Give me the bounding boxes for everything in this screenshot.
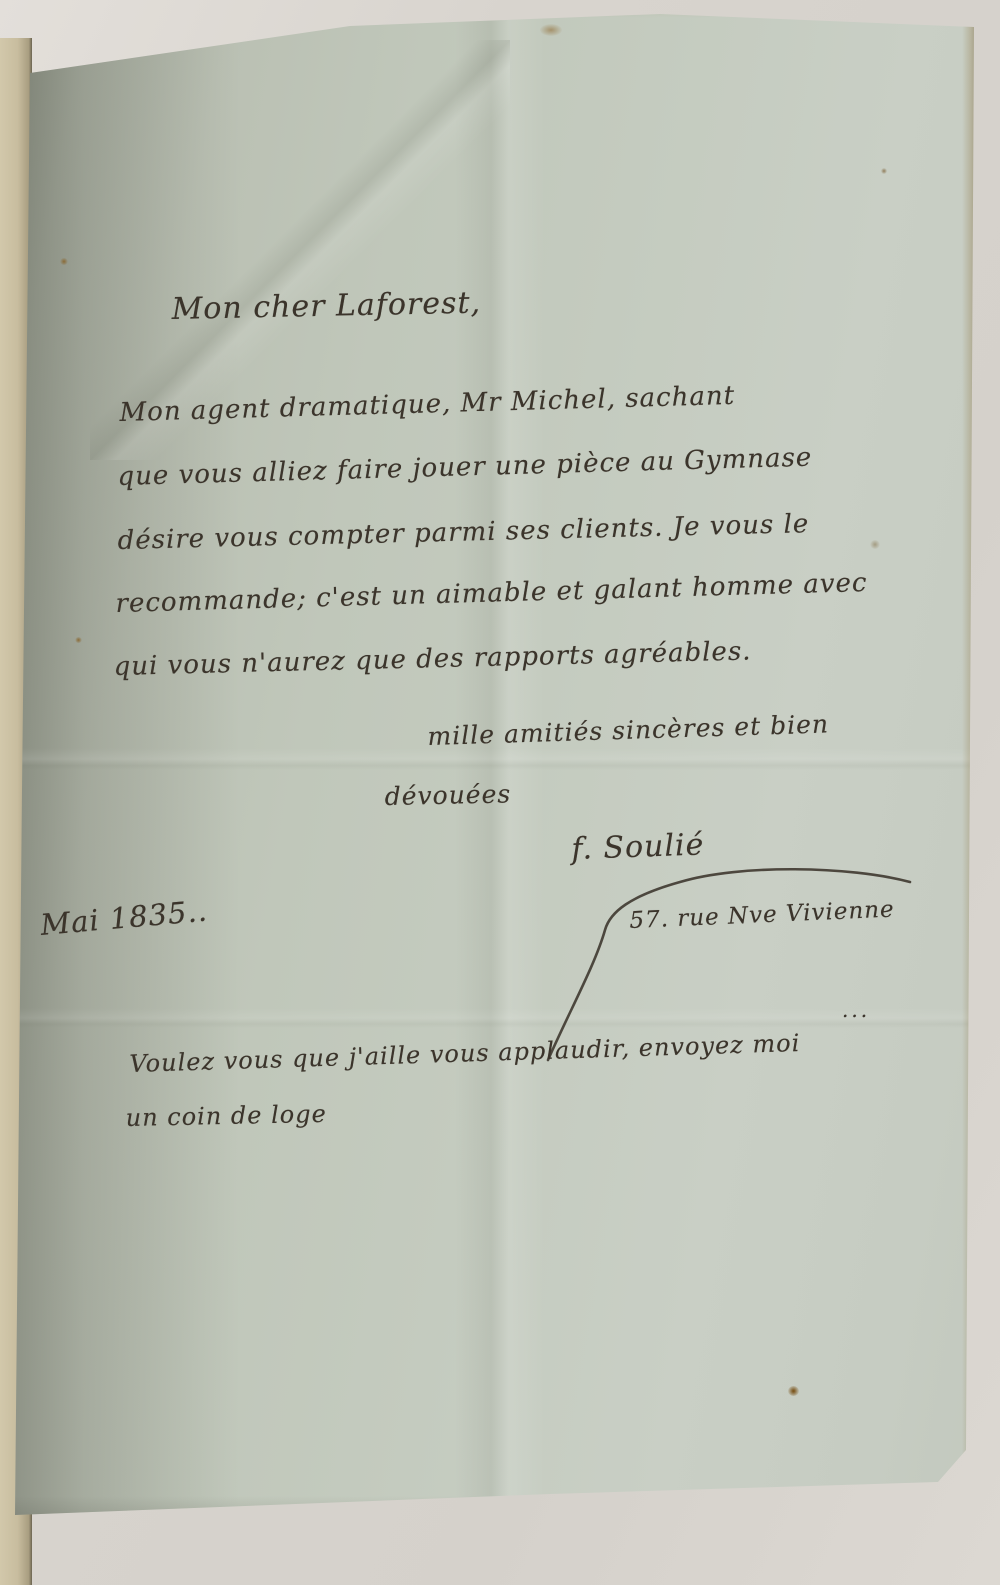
closing-line-2: dévouées: [384, 779, 511, 811]
paper-crease: [0, 748, 1000, 770]
foxing-spot: [881, 168, 887, 174]
foxing-spot: [788, 1386, 799, 1396]
letter-page: Mon cher Laforest, Mon agent dramatique,…: [0, 0, 1000, 1585]
photograph-of-letter: Mon cher Laforest, Mon agent dramatique,…: [0, 0, 1000, 1585]
foxing-spot: [75, 637, 82, 643]
foxing-spot: [870, 540, 880, 549]
salutation-line: Mon cher Laforest,: [171, 286, 481, 327]
postscript-line-2: un coin de loge: [125, 1100, 327, 1132]
page-fore-edge: [962, 24, 978, 1464]
page-bottom-shadow: [0, 1496, 1000, 1520]
ink-dots: ...: [842, 998, 870, 1022]
foxing-spot: [60, 258, 68, 265]
foxing-stain: [540, 24, 562, 36]
